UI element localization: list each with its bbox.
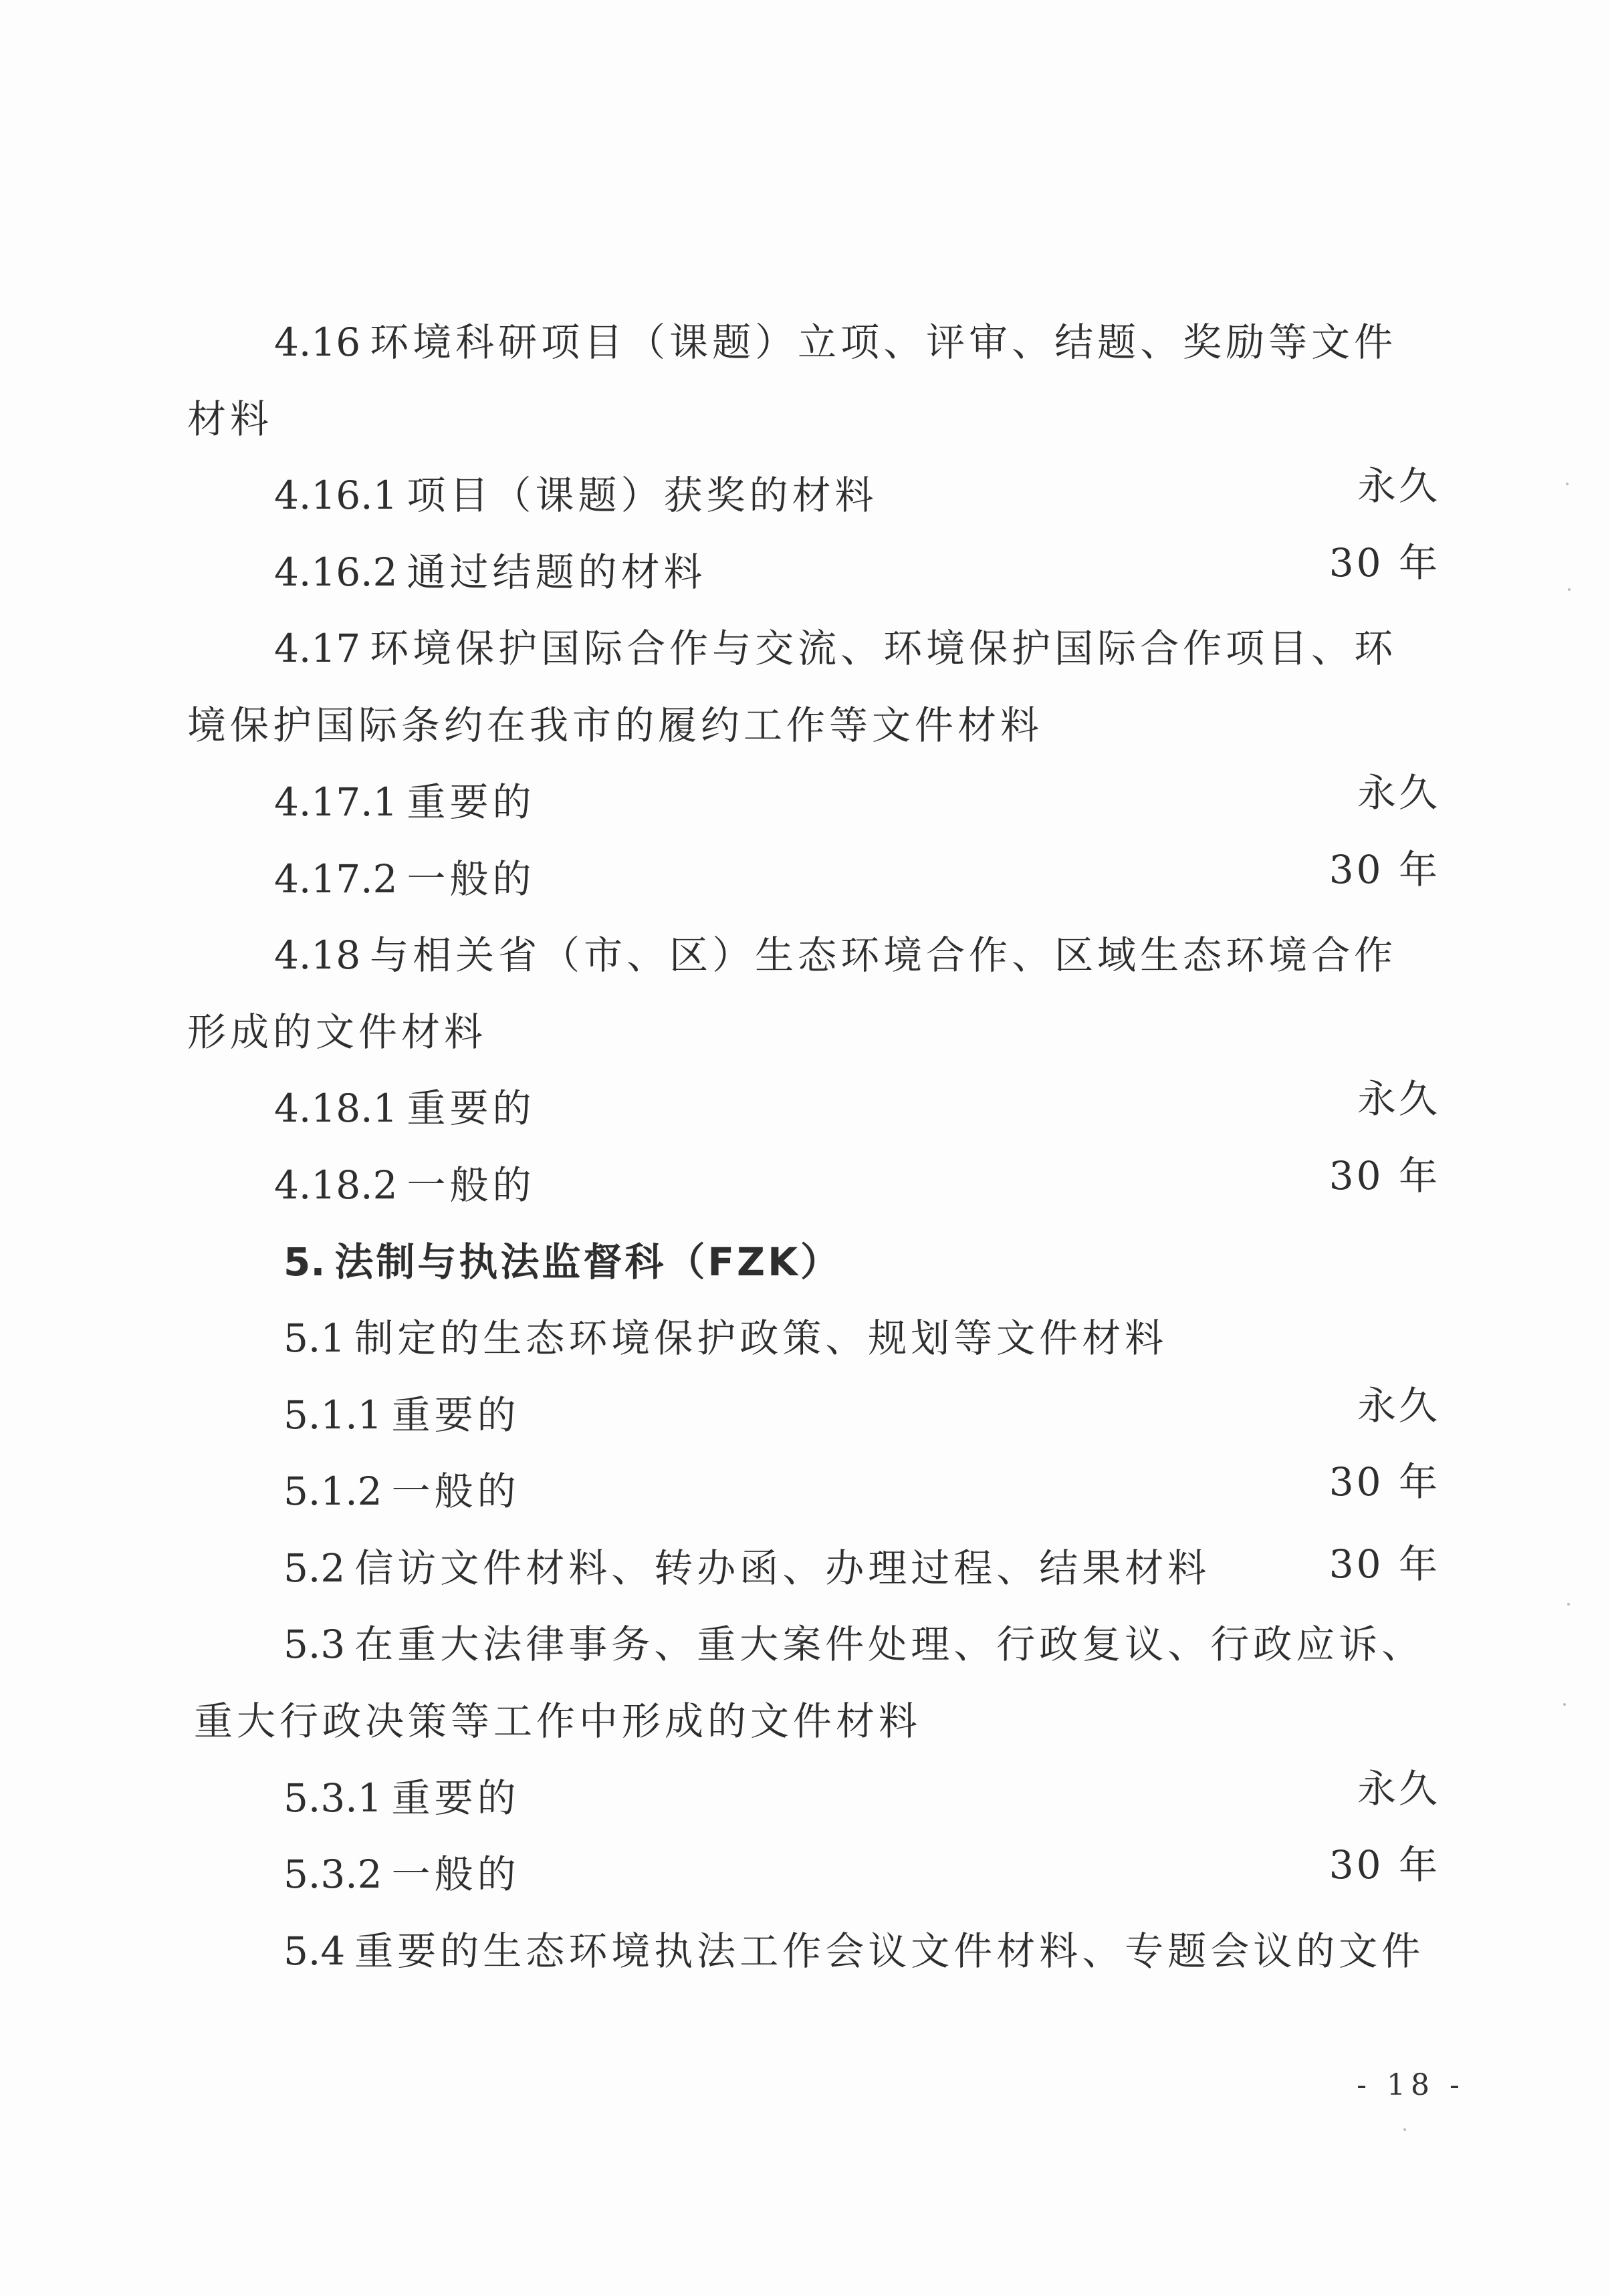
retention-period: 30 年 (1329, 536, 1440, 590)
item-5-3-continuation: 重大行政决策等工作中形成的文件材料 (194, 1694, 921, 1748)
scan-speck (1568, 588, 1571, 591)
item-text: 通过结题的材料 (407, 549, 706, 595)
item-text: 制定的生态环境保护政策、规划等文件材料 (354, 1315, 1167, 1361)
item-text: 信访文件材料、转办函、办理过程、结果材料 (354, 1545, 1210, 1591)
item-5-1: 5.1制定的生态环境保护政策、规划等文件材料 (283, 1311, 1167, 1365)
item-number: 4.16.2 (274, 549, 397, 595)
item-text: 一般的 (392, 1469, 520, 1514)
item-number: 4.17.1 (274, 779, 397, 825)
item-5-1-2: 5.1.2一般的 (283, 1464, 520, 1518)
item-4-18-1: 4.18.1重要的 (274, 1081, 536, 1135)
item-5-3-1: 5.3.1重要的 (283, 1771, 520, 1825)
item-text: 环境科研项目（课题）立项、评审、结题、奖励等文件 (370, 320, 1397, 365)
section-heading-5: 5.法制与执法监督科（FZK） (283, 1235, 842, 1289)
item-4-18: 4.18与相关省（市、区）生态环境合作、区域生态环境合作 (274, 928, 1397, 982)
item-4-17-2: 4.17.2一般的 (274, 852, 536, 906)
item-text: 环境保护国际合作与交流、环境保护国际合作项目、环 (370, 626, 1397, 671)
retention-period: 30 年 (1329, 1838, 1440, 1892)
retention-period: 永久 (1357, 1379, 1440, 1432)
scan-speck (1403, 2128, 1406, 2131)
retention-period: 30 年 (1329, 1537, 1440, 1591)
item-text: 重要的 (407, 1086, 535, 1131)
item-number: 5.1.2 (283, 1469, 382, 1514)
item-4-17: 4.17环境保护国际合作与交流、环境保护国际合作项目、环 (274, 622, 1397, 675)
section-number: 5. (283, 1239, 325, 1285)
scan-speck (1566, 483, 1569, 485)
item-number: 5.3 (283, 1622, 345, 1667)
item-5-3: 5.3在重大法律事务、重大案件处理、行政复议、行政应诉、 (283, 1618, 1424, 1671)
item-number: 5.3.2 (283, 1852, 382, 1897)
item-number: 5.2 (283, 1545, 345, 1591)
item-text: 重要的生态环境执法工作会议文件材料、专题会议的文件 (354, 1928, 1424, 1974)
item-number: 5.4 (283, 1928, 345, 1974)
scan-speck (1567, 1603, 1570, 1606)
item-4-17-1: 4.17.1重要的 (274, 775, 536, 829)
item-text: 一般的 (407, 856, 535, 902)
item-text: 重要的 (407, 779, 535, 825)
item-text: 项目（课题）获奖的材料 (407, 473, 877, 518)
item-number: 4.18.1 (274, 1086, 397, 1131)
scan-speck (1563, 1703, 1566, 1706)
retention-period: 永久 (1357, 1072, 1440, 1126)
item-5-4: 5.4重要的生态环境执法工作会议文件材料、专题会议的文件 (283, 1924, 1424, 1978)
document-page: 4.16环境科研项目（课题）立项、评审、结题、奖励等文件 材料 4.16.1项目… (0, 0, 1610, 2296)
item-text: 重要的 (392, 1775, 520, 1821)
item-number: 4.16.1 (274, 473, 397, 518)
item-5-1-1: 5.1.1重要的 (283, 1388, 520, 1442)
retention-period: 30 年 (1329, 1455, 1440, 1509)
item-text: 重要的 (392, 1392, 520, 1438)
item-number: 4.16 (274, 320, 360, 365)
retention-period: 30 年 (1329, 1149, 1440, 1202)
item-text: 一般的 (392, 1852, 520, 1897)
item-4-16-continuation: 材料 (187, 392, 273, 446)
item-4-16-1: 4.16.1项目（课题）获奖的材料 (274, 469, 878, 522)
section-title: 法制与执法监督科（FZK） (334, 1239, 842, 1285)
item-4-18-2: 4.18.2一般的 (274, 1158, 536, 1212)
item-5-2: 5.2信访文件材料、转办函、办理过程、结果材料 (283, 1541, 1210, 1595)
item-4-16-2: 4.16.2通过结题的材料 (274, 545, 707, 599)
item-number: 5.3.1 (283, 1775, 382, 1821)
item-text: 与相关省（市、区）生态环境合作、区域生态环境合作 (370, 932, 1397, 978)
item-4-16: 4.16环境科研项目（课题）立项、评审、结题、奖励等文件 (274, 315, 1397, 369)
item-number: 4.18 (274, 932, 360, 978)
item-text: 一般的 (407, 1162, 535, 1208)
item-5-3-2: 5.3.2一般的 (283, 1847, 520, 1901)
item-number: 5.1.1 (283, 1392, 382, 1438)
item-number: 4.17 (274, 626, 360, 671)
item-4-17-continuation: 境保护国际条约在我市的履约工作等文件材料 (187, 698, 1043, 752)
item-number: 5.1 (283, 1315, 345, 1361)
retention-period: 永久 (1357, 1762, 1440, 1815)
item-number: 4.17.2 (274, 856, 397, 902)
retention-period: 永久 (1357, 459, 1440, 513)
retention-period: 永久 (1357, 766, 1440, 819)
page-number: - 18 - (1351, 2065, 1471, 2106)
item-text: 在重大法律事务、重大案件处理、行政复议、行政应诉、 (354, 1622, 1424, 1667)
retention-period: 30 年 (1329, 843, 1440, 896)
item-number: 4.18.2 (274, 1162, 397, 1208)
item-4-18-continuation: 形成的文件材料 (187, 1005, 487, 1059)
